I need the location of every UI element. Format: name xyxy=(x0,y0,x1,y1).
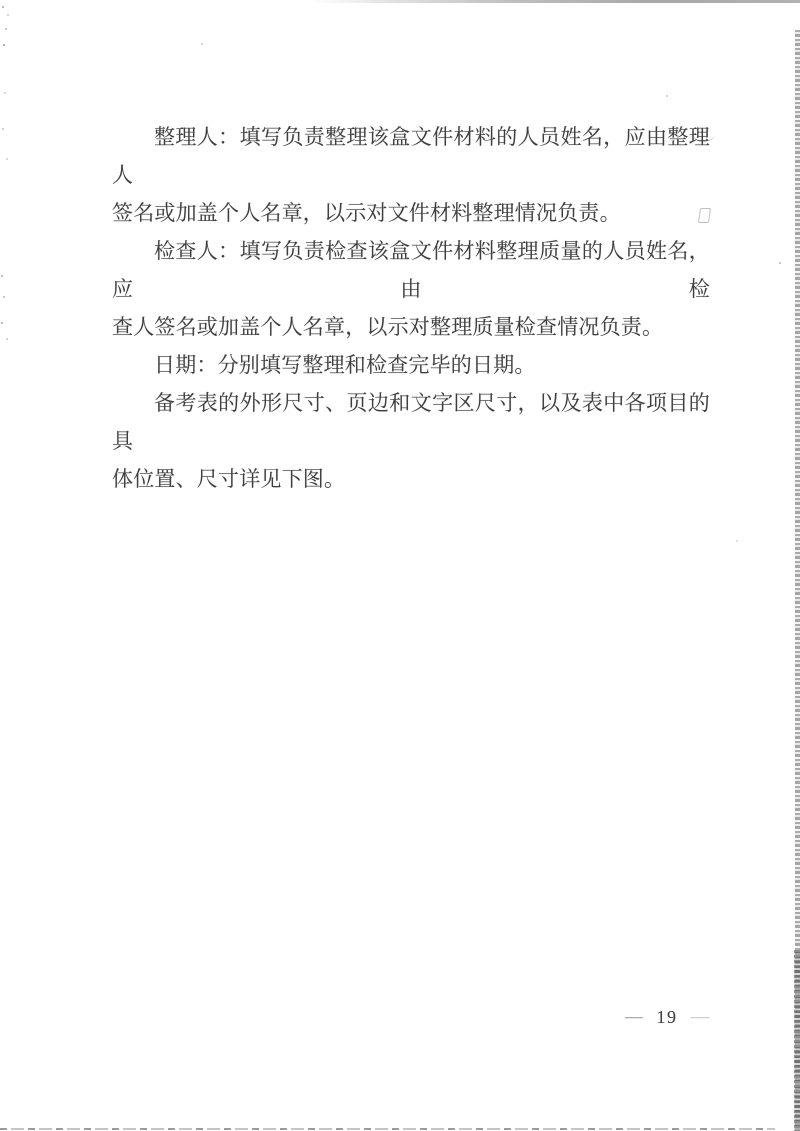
text-line: 日期：分别填写整理和检查完毕的日期。 xyxy=(112,346,710,384)
scanned-document-page: 整理人：填写负责整理该盒文件材料的人员姓名，应由整理人 签名或加盖个人名章，以示… xyxy=(0,0,800,1131)
scan-edge-right-dark xyxy=(794,950,800,1131)
scan-edge-bottom xyxy=(0,1128,775,1130)
page-footer: — 19 — xyxy=(625,1006,709,1028)
paragraph-arranger: 整理人：填写负责整理该盒文件材料的人员姓名，应由整理人 签名或加盖个人名章，以示… xyxy=(112,118,710,232)
paragraph-date: 日期：分别填写整理和检查完毕的日期。 xyxy=(112,346,710,384)
footer-dash-left: — xyxy=(625,1011,643,1024)
scan-speckles xyxy=(0,0,2,2)
paragraph-inspector: 检查人：填写负责检查该盒文件材料整理质量的人员姓名，应由检 查人签名或加盖个人名… xyxy=(112,232,710,346)
page-number: 19 xyxy=(657,1007,678,1028)
text-line: 签名或加盖个人名章，以示对文件材料整理情况负责。 xyxy=(112,194,710,232)
scan-edge-top xyxy=(310,0,800,3)
paragraph-note-table: 备考表的外形尺寸、页边和文字区尺寸，以及表中各项目的具 体位置、尺寸详见下图。 xyxy=(112,384,710,498)
text-line: 整理人：填写负责整理该盒文件材料的人员姓名，应由整理人 xyxy=(112,118,710,194)
body-text: 整理人：填写负责整理该盒文件材料的人员姓名，应由整理人 签名或加盖个人名章，以示… xyxy=(112,118,710,498)
footer-dash-right: — xyxy=(691,1011,709,1024)
text-line: 检查人：填写负责检查该盒文件材料整理质量的人员姓名，应由检 xyxy=(112,232,710,308)
text-line: 体位置、尺寸详见下图。 xyxy=(112,460,710,498)
text-line: 备考表的外形尺寸、页边和文字区尺寸，以及表中各项目的具 xyxy=(112,384,710,460)
text-line: 查人签名或加盖个人名章，以示对整理质量检查情况负责。 xyxy=(112,308,710,346)
